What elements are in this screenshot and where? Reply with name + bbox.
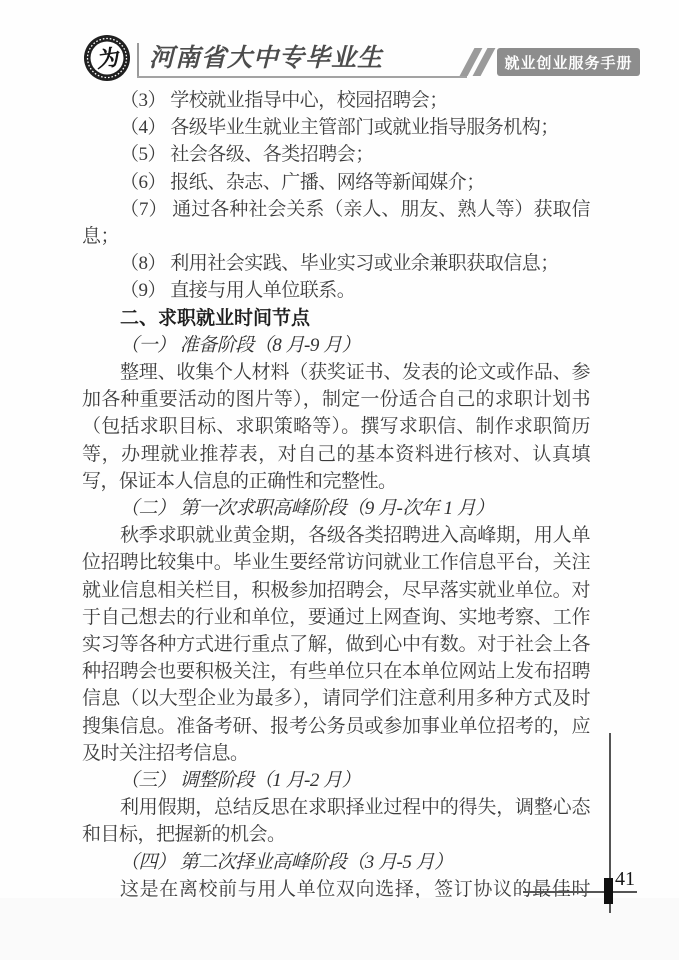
list-item: （7） 通过各种社会关系（亲人、朋友、熟人等）获取信息；	[82, 196, 590, 250]
list-item: （6） 报纸、杂志、广播、网络等新闻媒介；	[82, 169, 590, 196]
header-divider	[137, 43, 139, 78]
page-number-tick	[604, 878, 613, 904]
seal-emblem-icon: 为	[83, 34, 131, 82]
subsection-heading: （三） 调整阶段（1 月-2 月）	[82, 767, 590, 794]
paragraph: 秋季求职就业黄金期，各级各类招聘进入高峰期，用人单位招聘比较集中。毕业生要经常访…	[82, 522, 590, 767]
subsection-heading: （四） 第二次择业高峰阶段（3 月-5 月）	[82, 849, 590, 876]
list-item: （9） 直接与用人单位联系。	[82, 277, 590, 304]
brand-title: 河南省大中专毕业生	[149, 44, 383, 74]
subsection-heading: （二） 第一次求职高峰阶段（9 月-次年 1 月）	[82, 495, 590, 522]
paragraph: 利用假期，总结反思在求职择业过程中的得失，调整心态和目标，把握新的机会。	[82, 794, 590, 848]
school-seal-icon: 为	[83, 34, 131, 82]
list-item: （3） 学校就业指导中心，校园招聘会；	[82, 87, 590, 114]
list-item: （5） 社会各级、各类招聘会；	[82, 141, 590, 168]
page-body: （3） 学校就业指导中心，校园招聘会； （4） 各级毕业生就业主管部门或就业指导…	[82, 87, 590, 930]
header-underline	[137, 76, 467, 78]
paragraph: 整理、收集个人材料（获奖证书、发表的论文或作品、参加各种重要活动的图片等），制定…	[82, 359, 590, 495]
manual-title-badge: 就业创业服务手册	[497, 48, 640, 76]
list-item: （8） 利用社会实践、毕业实习或业余兼职获取信息；	[82, 250, 590, 277]
section-heading: 二、求职就业时间节点	[82, 305, 590, 332]
page-number: 41	[615, 868, 635, 891]
margin-rule-horizontal	[523, 891, 637, 893]
list-item: （4） 各级毕业生就业主管部门或就业指导服务机构；	[82, 114, 590, 141]
book-page: 为 河南省大中专毕业生 就业创业服务手册 （3） 学校就业指导中心，校园招聘会；…	[0, 0, 679, 960]
scan-edge	[0, 898, 679, 960]
subsection-heading: （一） 准备阶段（8 月-9 月）	[82, 332, 590, 359]
